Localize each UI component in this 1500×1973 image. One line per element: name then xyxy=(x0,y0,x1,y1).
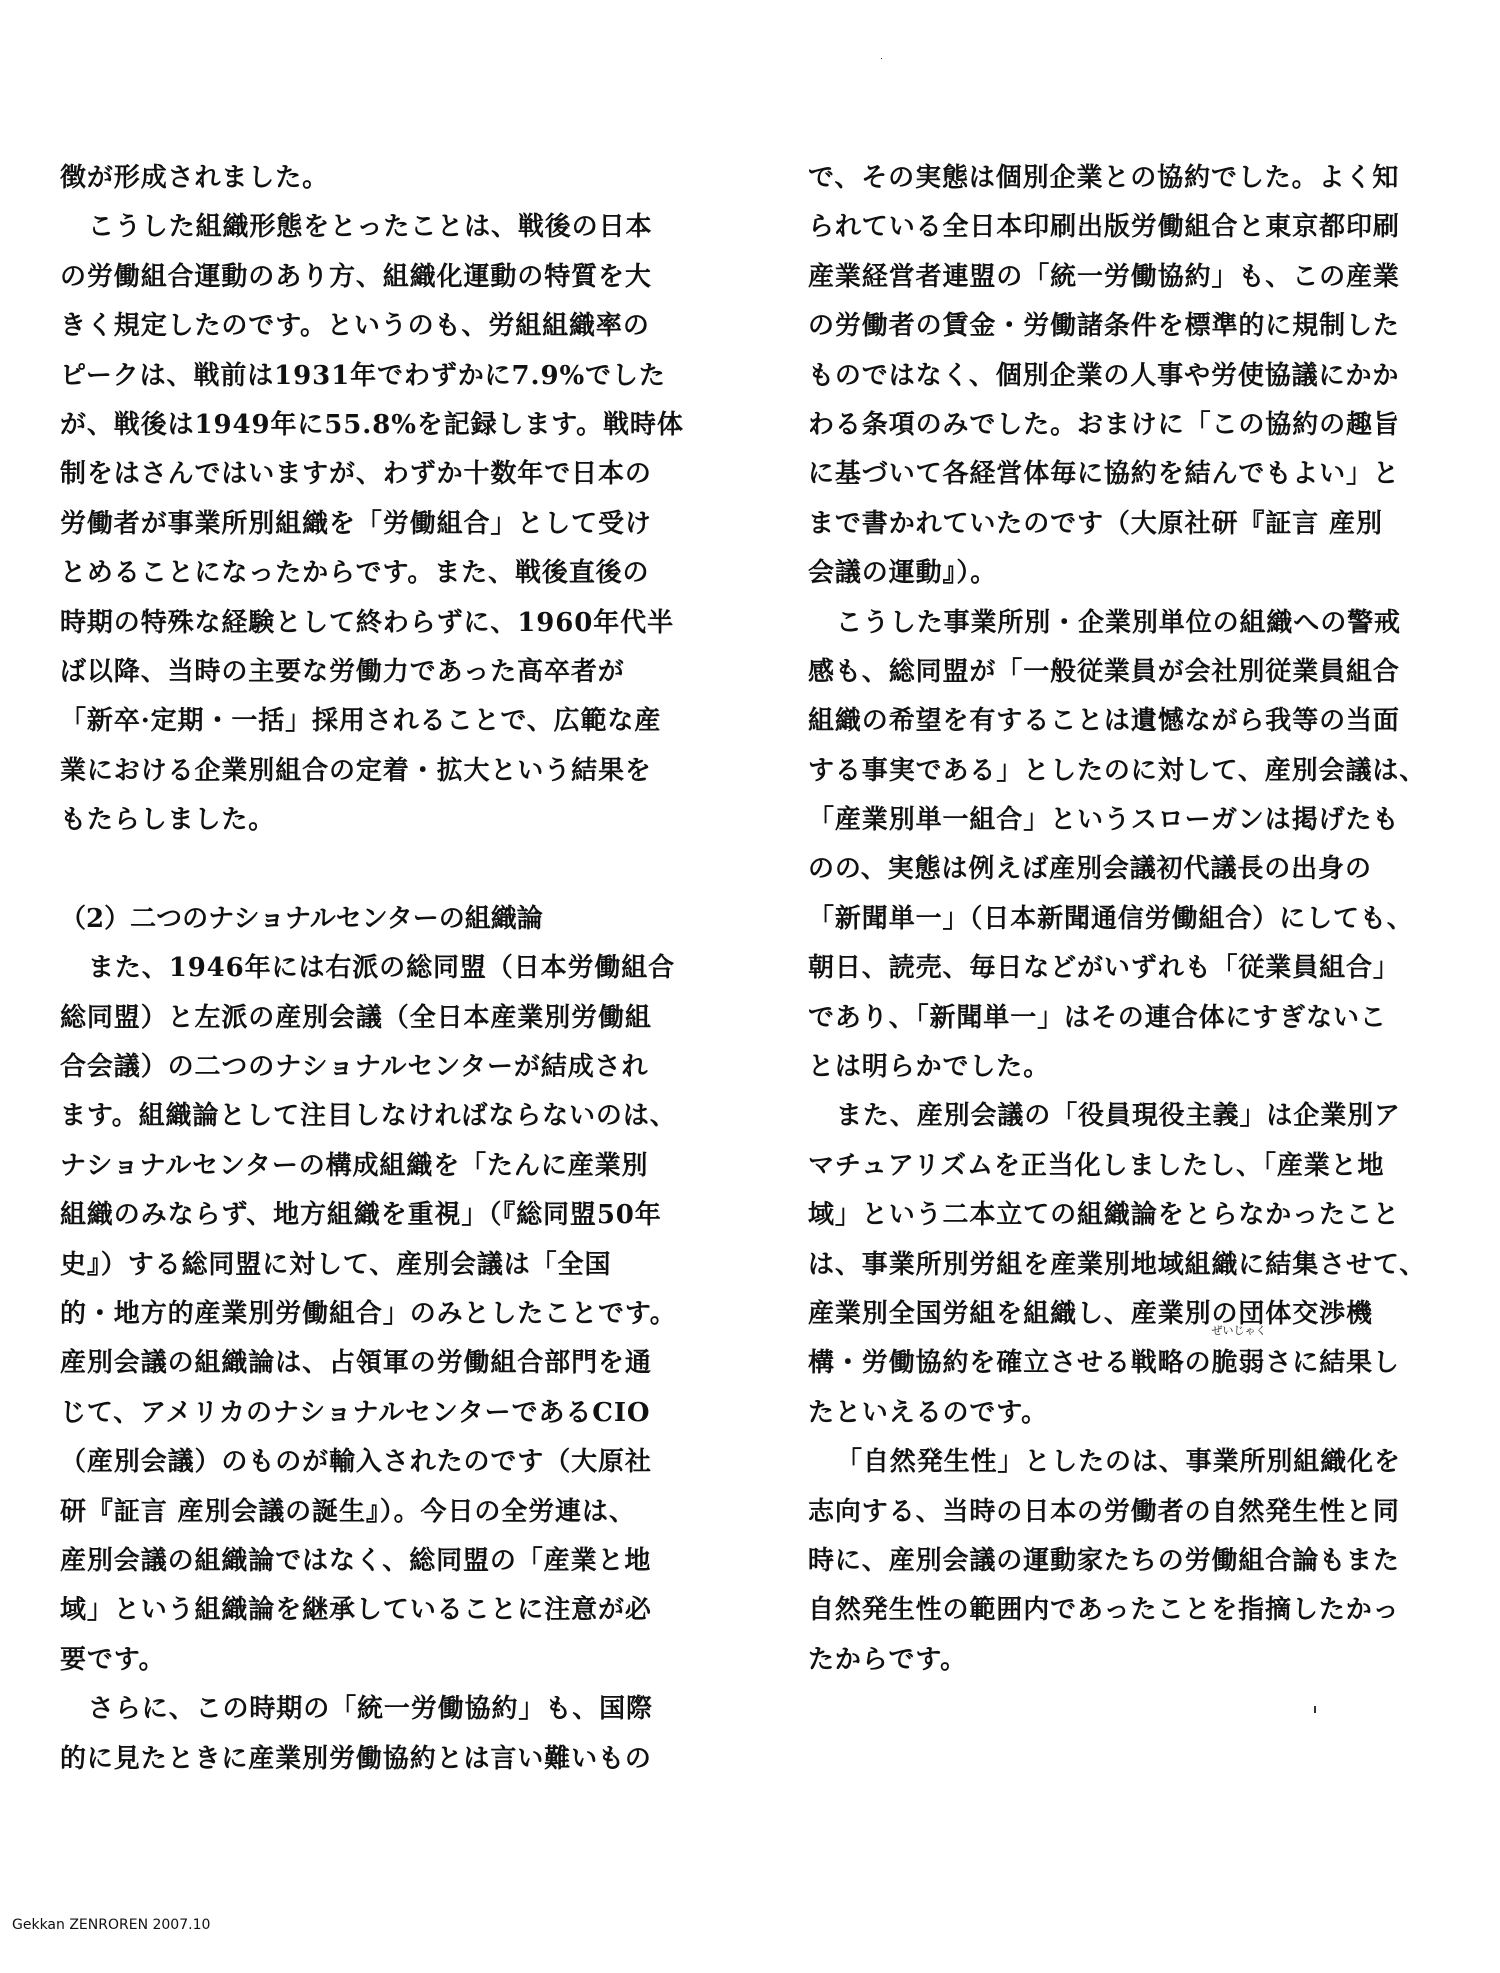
text-line: ば以降、当時の主要な労働力であった高卒者が xyxy=(60,648,692,697)
footer-publication: Gekkan ZENROREN 2007.10 xyxy=(12,1917,210,1933)
ruby-line-after: さに結果し xyxy=(1265,1348,1400,1378)
text-line: 的に見たときに産業別労働協約とは言い難いもの xyxy=(60,1735,692,1784)
text-line: 史』）する総同盟に対して、産別会議は「全国 xyxy=(60,1241,692,1290)
text-line: 要です。 xyxy=(60,1636,692,1685)
scan-speck xyxy=(881,58,882,59)
ruby-line-before: 構・労働協約を確立させる戦略の xyxy=(808,1348,1212,1378)
text-line: 朝日、読売、毎日などがいずれも「従業員組合」 xyxy=(808,944,1432,993)
text-line: 研『証言 産別会議の誕生』）。今日の全労連は、 xyxy=(60,1488,692,1537)
right-paragraph-block-2: たといえるのです。 「自然発生性」としたのは、事業所別組織化を 志向する、当時の… xyxy=(808,1389,1432,1685)
text-line: 「新卒·定期・一括」採用されることで、広範な産 xyxy=(60,697,692,746)
text-line: 産別会議の組織論は、占領軍の労働組合部門を通 xyxy=(60,1339,692,1388)
ruby-annotated-word: ぜいじゃく脆弱 xyxy=(1212,1339,1266,1388)
text-line: 「新聞単一」（日本新聞通信労働組合）にしても、 xyxy=(808,895,1432,944)
text-line-with-ruby: 構・労働協約を確立させる戦略のぜいじゃく脆弱さに結果し xyxy=(808,1339,1432,1388)
text-line: られている全日本印刷出版労働組合と東京都印刷 xyxy=(808,203,1432,252)
text-line: 産業経営者連盟の「統一労働協約」も、この産業 xyxy=(808,253,1432,302)
right-column: で、その実態は個別企業との協約でした。よく知 られている全日本印刷出版労働組合と… xyxy=(808,154,1432,1685)
text-line: であり、「新聞単一」はその連合体にすぎないこ xyxy=(808,994,1432,1043)
text-line: わる条項のみでした。おまけに「この協約の趣旨 xyxy=(808,401,1432,450)
text-line: ものではなく、個別企業の人事や労使協議にかか xyxy=(808,352,1432,401)
right-paragraph-block-1: で、その実態は個別企業との協約でした。よく知 られている全日本印刷出版労働組合と… xyxy=(808,154,1432,1339)
text-line: じて、アメリカのナショナルセンターであるCIO xyxy=(60,1389,692,1438)
text-line: で、その実態は個別企業との協約でした。よく知 xyxy=(808,154,1432,203)
text-line: たといえるのです。 xyxy=(808,1389,1432,1438)
text-line: 志向する、当時の日本の労働者の自然発生性と同 xyxy=(808,1488,1432,1537)
text-line: 徴が形成されました。 xyxy=(60,154,692,203)
text-line: 域」という二本立ての組織論をとらなかったこと xyxy=(808,1191,1432,1240)
text-line: まで書かれていたのです（大原社研『証言 産別 xyxy=(808,500,1432,549)
furigana: ぜいじゃく xyxy=(1212,1325,1266,1337)
text-line: 組織の希望を有することは遺憾ながら我等の当面 xyxy=(808,697,1432,746)
section-heading: （2）二つのナショナルセンターの組織論 xyxy=(60,895,692,944)
text-line: が、戦後は1949年に55.8%を記録します。戦時体 xyxy=(60,401,692,450)
text-line: に基づいて各経営体毎に協約を結んでもよい」と xyxy=(808,450,1432,499)
text-line: こうした組織形態をとったことは、戦後の日本 xyxy=(60,203,692,252)
text-line: もたらしました。 xyxy=(60,796,692,845)
text-line: 「自然発生性」としたのは、事業所別組織化を xyxy=(808,1438,1432,1487)
left-paragraph-block-1: 徴が形成されました。 こうした組織形態をとったことは、戦後の日本 の労働組合運動… xyxy=(60,154,692,845)
text-line: の労働組合運動のあり方、組織化運動の特質を大 xyxy=(60,253,692,302)
text-line: 時期の特殊な経験として終わらずに、1960年代半 xyxy=(60,599,692,648)
text-line: 産別会議の組織論ではなく、総同盟の「産業と地 xyxy=(60,1537,692,1586)
text-line: は、事業所別労組を産業別地域組織に結集させて、 xyxy=(808,1241,1432,1290)
text-line: また、産別会議の「役員現役主義」は企業別ア xyxy=(808,1092,1432,1141)
text-line: マチュアリズムを正当化しましたし、「産業と地 xyxy=(808,1142,1432,1191)
text-line: ナショナルセンターの構成組織を「たんに産業別 xyxy=(60,1142,692,1191)
text-line: ます。組織論として注目しなければならないのは、 xyxy=(60,1092,692,1141)
text-line: のの、実態は例えば産別会議初代議長の出身の xyxy=(808,845,1432,894)
text-line: また、1946年には右派の総同盟（日本労働組合 xyxy=(60,944,692,993)
text-line: 自然発生性の範囲内であったことを指摘したかっ xyxy=(808,1586,1432,1635)
text-line: （産別会議）のものが輸入されたのです（大原社 xyxy=(60,1438,692,1487)
text-line: 産業別全国労組を組織し、産業別の団体交渉機 xyxy=(808,1290,1432,1339)
text-line: 組織のみならず、地方組織を重視」（『総同盟50年 xyxy=(60,1191,692,1240)
text-line: ピークは、戦前は1931年でわずかに7.9%でした xyxy=(60,352,692,401)
spacer xyxy=(60,845,692,894)
text-line: とめることになったからです。また、戦後直後の xyxy=(60,549,692,598)
text-line: 労働者が事業所別組織を「労働組合」として受け xyxy=(60,500,692,549)
text-line: 的・地方的産業別労働組合」のみとしたことです。 xyxy=(60,1290,692,1339)
left-column: 徴が形成されました。 こうした組織形態をとったことは、戦後の日本 の労働組合運動… xyxy=(60,154,692,1784)
text-line: 感も、総同盟が「一般従業員が会社別従業員組合 xyxy=(808,648,1432,697)
text-line: 総同盟）と左派の産別会議（全日本産業別労働組 xyxy=(60,994,692,1043)
text-line: きく規定したのです。というのも、労組組織率の xyxy=(60,302,692,351)
text-line: 時に、産別会議の運動家たちの労働組合論もまた xyxy=(808,1537,1432,1586)
text-line: こうした事業所別・企業別単位の組織への警戒 xyxy=(808,599,1432,648)
text-line: する事実である」としたのに対して、産別会議は、 xyxy=(808,747,1432,796)
text-line: 業における企業別組合の定着・拡大という結果を xyxy=(60,747,692,796)
text-line: 合会議）の二つのナショナルセンターが結成され xyxy=(60,1043,692,1092)
left-paragraph-block-2: また、1946年には右派の総同盟（日本労働組合 総同盟）と左派の産別会議（全日本… xyxy=(60,944,692,1784)
text-line: 域」という組織論を継承していることに注意が必 xyxy=(60,1586,692,1635)
text-line: さらに、この時期の「統一労働協約」も、国際 xyxy=(60,1685,692,1734)
scan-speck xyxy=(1314,1706,1316,1713)
text-line: たからです。 xyxy=(808,1636,1432,1685)
text-line: の労働者の賃金・労働諸条件を標準的に規制した xyxy=(808,302,1432,351)
ruby-base: 脆弱 xyxy=(1212,1348,1266,1378)
text-line: 会議の運動』）。 xyxy=(808,549,1432,598)
text-line: 「産業別単一組合」というスローガンは掲げたも xyxy=(808,796,1432,845)
text-line: 制をはさんではいますが、わずか十数年で日本の xyxy=(60,450,692,499)
text-line: とは明らかでした。 xyxy=(808,1043,1432,1092)
